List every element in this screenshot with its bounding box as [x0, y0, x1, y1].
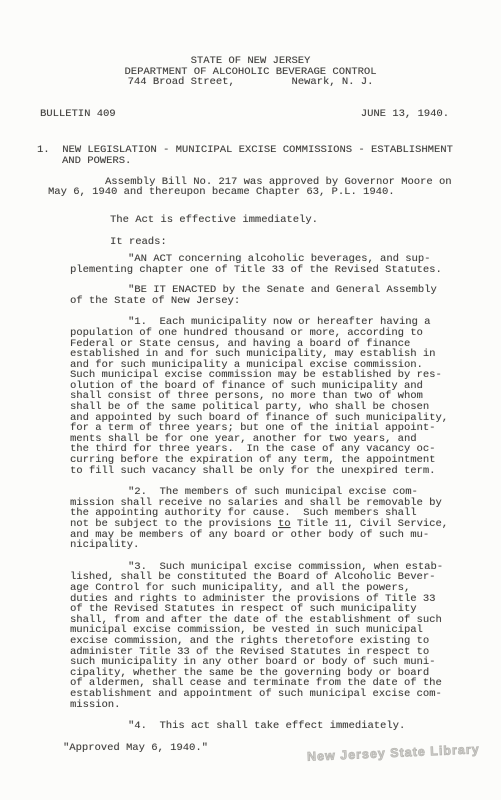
act-section-2: "2. The members of such municipal excise…	[70, 487, 501, 551]
org-state-line: STATE OF NEW JERSEY	[0, 56, 501, 67]
bulletin-number: BULLETIN 409	[40, 109, 116, 120]
bulletin-page: STATE OF NEW JERSEY DEPARTMENT OF ALCOHO…	[0, 0, 501, 800]
effective-line: The Act is effective immediately.	[110, 215, 501, 226]
bulletin-date: JUNE 13, 1940.	[361, 109, 449, 120]
enacting-clause: "BE IT ENACTED by the Senate and General…	[70, 285, 501, 306]
act-section-1: "1. Each municipality now or hereafter h…	[70, 317, 501, 476]
reads-line: It reads:	[110, 237, 501, 248]
act-section-3: "3. Such municipal excise commission, wh…	[70, 562, 501, 710]
bulletin-row: BULLETIN 409 JUNE 13, 1940.	[0, 109, 501, 120]
org-address-line: 744 Broad Street, Newark, N. J.	[0, 77, 501, 88]
act-section-4: "4. This act shall take effect immediate…	[70, 721, 501, 732]
act-preamble: "AN ACT concerning alcoholic beverages, …	[70, 254, 501, 275]
letterhead: STATE OF NEW JERSEY DEPARTMENT OF ALCOHO…	[0, 0, 501, 88]
item-heading: 1. NEW LEGISLATION - MUNICIPAL EXCISE CO…	[62, 145, 501, 166]
intro-paragraph: Assembly Bill No. 217 was approved by Go…	[48, 177, 501, 198]
